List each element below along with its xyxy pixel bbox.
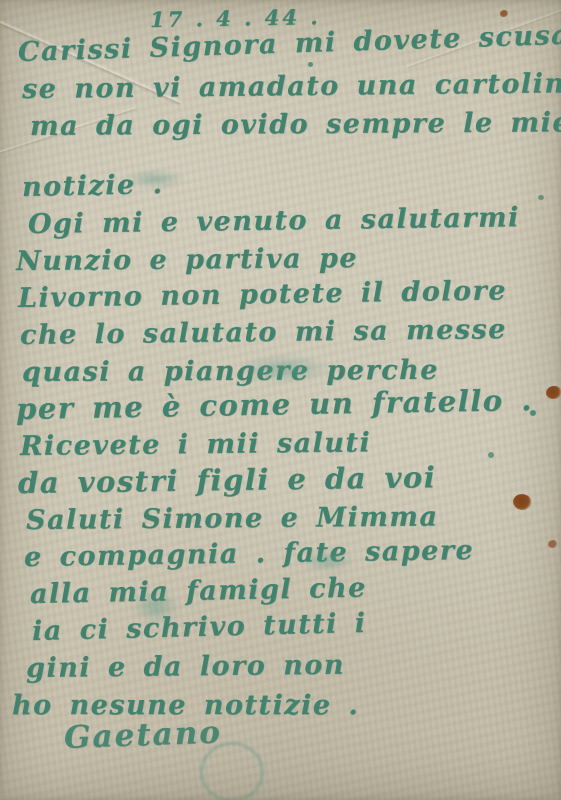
letter-line: Ogi mi e venuto a salutarmi — [28, 199, 551, 243]
letter-line: Livorno non potete il dolore — [18, 272, 552, 317]
letter-line: per me è come un fratello . — [16, 382, 552, 428]
letter-line: se non vi amadato una cartolina — [22, 65, 551, 108]
letter-line: ma da ogi ovido sempre le mie — [30, 104, 551, 145]
letter-line: Carissi Signora mi dovete scusare — [17, 17, 551, 71]
letter-content: 17 . 4 . 44 . Carissi Signora mi dovete … — [0, 0, 561, 762]
letter-line: gini e da loro non — [26, 645, 551, 687]
letter-line: notizie . — [22, 158, 552, 206]
letter-line: che lo salutato mi sa messe — [20, 311, 551, 354]
postcard-paper: 17 . 4 . 44 . Carissi Signora mi dovete … — [0, 0, 561, 800]
letter-line: da vostri figli e da voi — [18, 458, 551, 502]
